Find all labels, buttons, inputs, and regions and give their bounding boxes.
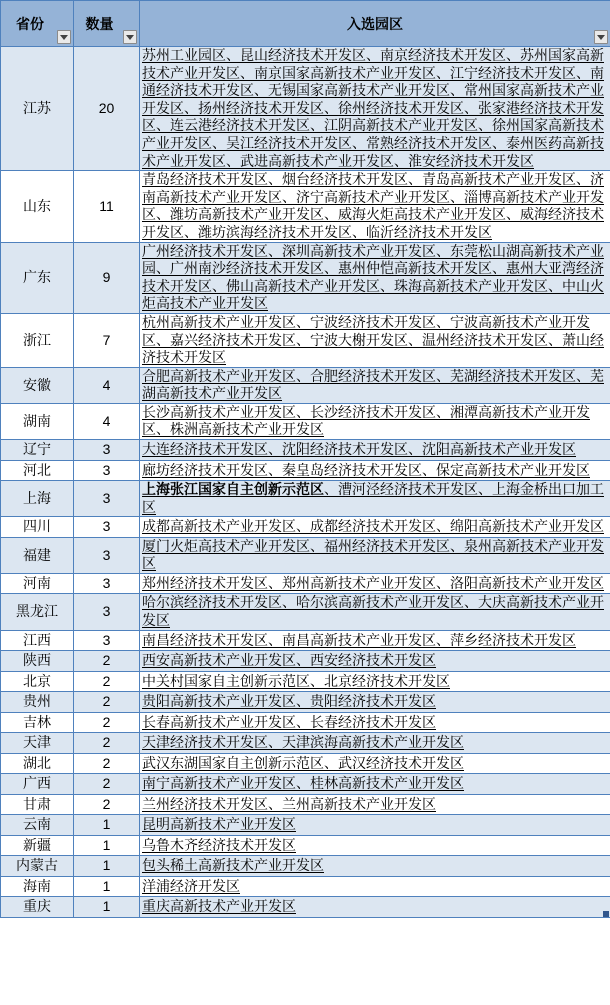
province-cell[interactable]: 天津 bbox=[1, 733, 74, 754]
parks-cell[interactable]: 中关村国家自主创新示范区、北京经济技术开发区 bbox=[140, 671, 610, 692]
parks-cell[interactable]: 成都高新技术产业开发区、成都经济技术开发区、绵阳高新技术产业开发区 bbox=[140, 517, 610, 538]
province-cell[interactable]: 江苏 bbox=[1, 47, 74, 171]
province-cell[interactable]: 山东 bbox=[1, 171, 74, 242]
parks-cell[interactable]: 天津经济技术开发区、天津滨海高新技术产业开发区 bbox=[140, 733, 610, 754]
table-row: 湖南4长沙高新技术产业开发区、长沙经济技术开发区、湘潭高新技术产业开发区、株洲高… bbox=[1, 403, 610, 439]
count-cell[interactable]: 1 bbox=[74, 876, 140, 897]
header-label-count: 数量 bbox=[86, 16, 114, 32]
header-cell-parks[interactable]: 入选园区 bbox=[140, 1, 610, 47]
header-cell-province[interactable]: 省份 bbox=[1, 1, 74, 47]
table-row: 北京2中关村国家自主创新示范区、北京经济技术开发区 bbox=[1, 671, 610, 692]
table-row: 河北3廊坊经济技术开发区、秦皇岛经济技术开发区、保定高新技术产业开发区 bbox=[1, 460, 610, 481]
table-row: 云南1昆明高新技术产业开发区 bbox=[1, 815, 610, 836]
parks-cell[interactable]: 大连经济技术开发区、沈阳经济技术开发区、沈阳高新技术产业开发区 bbox=[140, 440, 610, 461]
count-cell[interactable]: 2 bbox=[74, 692, 140, 713]
parks-cell[interactable]: 乌鲁木齐经济技术开发区 bbox=[140, 835, 610, 856]
parks-cell[interactable]: 青岛经济技术开发区、烟台经济技术开发区、青岛高新技术产业开发区、济南高新技术产业… bbox=[140, 171, 610, 242]
filter-dropdown-icon bbox=[126, 35, 134, 40]
table-row: 浙江7杭州高新技术产业开发区、宁波经济技术开发区、宁波高新技术产业开发区、嘉兴经… bbox=[1, 313, 610, 367]
province-cell[interactable]: 重庆 bbox=[1, 897, 74, 918]
count-cell[interactable]: 11 bbox=[74, 171, 140, 242]
table-row: 甘肃2兰州经济技术开发区、兰州高新技术产业开发区 bbox=[1, 794, 610, 815]
parks-cell[interactable]: 哈尔滨经济技术开发区、哈尔滨高新技术产业开发区、大庆高新技术产业开发区 bbox=[140, 594, 610, 630]
parks-cell[interactable]: 广州经济技术开发区、深圳高新技术产业开发区、东莞松山湖高新技术产业园、广州南沙经… bbox=[140, 242, 610, 313]
parks-cell[interactable]: 长沙高新技术产业开发区、长沙经济技术开发区、湘潭高新技术产业开发区、株洲高新技术… bbox=[140, 403, 610, 439]
header-cell-count[interactable]: 数量 bbox=[74, 1, 140, 47]
count-cell[interactable]: 2 bbox=[74, 671, 140, 692]
table-row: 内蒙古1包头稀土高新技术产业开发区 bbox=[1, 856, 610, 877]
count-cell[interactable]: 3 bbox=[74, 573, 140, 594]
count-cell[interactable]: 2 bbox=[74, 794, 140, 815]
province-cell[interactable]: 辽宁 bbox=[1, 440, 74, 461]
count-cell[interactable]: 4 bbox=[74, 367, 140, 403]
filter-button-province[interactable] bbox=[57, 30, 71, 44]
province-cell[interactable]: 北京 bbox=[1, 671, 74, 692]
parks-cell[interactable]: 贵阳高新技术产业开发区、贵阳经济技术开发区 bbox=[140, 692, 610, 713]
count-cell[interactable]: 2 bbox=[74, 733, 140, 754]
filter-dropdown-icon bbox=[597, 35, 605, 40]
province-cell[interactable]: 贵州 bbox=[1, 692, 74, 713]
table-row: 广西2南宁高新技术产业开发区、桂林高新技术产业开发区 bbox=[1, 774, 610, 795]
table-row: 山东11青岛经济技术开发区、烟台经济技术开发区、青岛高新技术产业开发区、济南高新… bbox=[1, 171, 610, 242]
parks-cell[interactable]: 廊坊经济技术开发区、秦皇岛经济技术开发区、保定高新技术产业开发区 bbox=[140, 460, 610, 481]
table-row: 江西3南昌经济技术开发区、南昌高新技术产业开发区、萍乡经济技术开发区 bbox=[1, 630, 610, 651]
province-cell[interactable]: 上海 bbox=[1, 481, 74, 517]
count-cell[interactable]: 2 bbox=[74, 712, 140, 733]
parks-cell[interactable]: 包头稀土高新技术产业开发区 bbox=[140, 856, 610, 877]
count-cell[interactable]: 2 bbox=[74, 774, 140, 795]
table-row: 湖北2武汉东湖国家自主创新示范区、武汉经济技术开发区 bbox=[1, 753, 610, 774]
province-cell[interactable]: 安徽 bbox=[1, 367, 74, 403]
table-row: 天津2天津经济技术开发区、天津滨海高新技术产业开发区 bbox=[1, 733, 610, 754]
province-cell[interactable]: 福建 bbox=[1, 537, 74, 573]
parks-cell[interactable]: 厦门火炬高技术产业开发区、福州经济技术开发区、泉州高新技术产业开发区 bbox=[140, 537, 610, 573]
parks-cell[interactable]: 苏州工业园区、昆山经济技术开发区、南京经济技术开发区、苏州国家高新技术产业开发区… bbox=[140, 47, 610, 171]
province-cell[interactable]: 云南 bbox=[1, 815, 74, 836]
header-row: 省份 数量 入选园区 bbox=[1, 1, 610, 47]
table-row: 吉林2长春高新技术产业开发区、长春经济技术开发区 bbox=[1, 712, 610, 733]
province-cell[interactable]: 甘肃 bbox=[1, 794, 74, 815]
count-cell[interactable]: 1 bbox=[74, 815, 140, 836]
table-row: 海南1洋浦经济开发区 bbox=[1, 876, 610, 897]
count-cell[interactable]: 1 bbox=[74, 835, 140, 856]
header-label-province: 省份 bbox=[16, 16, 44, 32]
filter-button-parks[interactable] bbox=[594, 30, 608, 44]
table-row: 福建3厦门火炬高技术产业开发区、福州经济技术开发区、泉州高新技术产业开发区 bbox=[1, 537, 610, 573]
parks-cell[interactable]: 杭州高新技术产业开发区、宁波经济技术开发区、宁波高新技术产业开发区、嘉兴经济技术… bbox=[140, 313, 610, 367]
count-cell[interactable]: 9 bbox=[74, 242, 140, 313]
province-cell[interactable]: 广东 bbox=[1, 242, 74, 313]
table-row: 重庆1重庆高新技术产业开发区 bbox=[1, 897, 610, 918]
count-cell[interactable]: 3 bbox=[74, 440, 140, 461]
table-row: 上海3上海张江国家自主创新示范区、漕河泾经济技术开发区、上海金桥出口加工区 bbox=[1, 481, 610, 517]
table-row: 陕西2西安高新技术产业开发区、西安经济技术开发区 bbox=[1, 651, 610, 672]
table-row: 安徽4合肥高新技术产业开发区、合肥经济技术开发区、芜湖经济技术开发区、芜湖高新技… bbox=[1, 367, 610, 403]
table-row: 辽宁3大连经济技术开发区、沈阳经济技术开发区、沈阳高新技术产业开发区 bbox=[1, 440, 610, 461]
parks-cell[interactable]: 南宁高新技术产业开发区、桂林高新技术产业开发区 bbox=[140, 774, 610, 795]
count-cell[interactable]: 3 bbox=[74, 481, 140, 517]
parks-cell[interactable]: 洋浦经济开发区 bbox=[140, 876, 610, 897]
park-table: 省份 数量 入选园区 江苏20苏州工业园区、昆山经济技术开发区、南京经济技术开发… bbox=[0, 0, 610, 918]
parks-cell[interactable]: 武汉东湖国家自主创新示范区、武汉经济技术开发区 bbox=[140, 753, 610, 774]
table-row: 河南3郑州经济技术开发区、郑州高新技术产业开发区、洛阳高新技术产业开发区 bbox=[1, 573, 610, 594]
parks-cell[interactable]: 南昌经济技术开发区、南昌高新技术产业开发区、萍乡经济技术开发区 bbox=[140, 630, 610, 651]
count-cell[interactable]: 7 bbox=[74, 313, 140, 367]
table-row: 四川3成都高新技术产业开发区、成都经济技术开发区、绵阳高新技术产业开发区 bbox=[1, 517, 610, 538]
count-cell[interactable]: 1 bbox=[74, 856, 140, 877]
count-cell[interactable]: 3 bbox=[74, 517, 140, 538]
province-cell[interactable]: 新疆 bbox=[1, 835, 74, 856]
province-cell[interactable]: 湖南 bbox=[1, 403, 74, 439]
table-row: 新疆1乌鲁木齐经济技术开发区 bbox=[1, 835, 610, 856]
table-row: 江苏20苏州工业园区、昆山经济技术开发区、南京经济技术开发区、苏州国家高新技术产… bbox=[1, 47, 610, 171]
count-cell[interactable]: 3 bbox=[74, 460, 140, 481]
count-cell[interactable]: 1 bbox=[74, 897, 140, 918]
count-cell[interactable]: 3 bbox=[74, 594, 140, 630]
province-cell[interactable]: 浙江 bbox=[1, 313, 74, 367]
count-cell[interactable]: 3 bbox=[74, 537, 140, 573]
province-cell[interactable]: 陕西 bbox=[1, 651, 74, 672]
province-cell[interactable]: 海南 bbox=[1, 876, 74, 897]
province-cell[interactable]: 湖北 bbox=[1, 753, 74, 774]
count-cell[interactable]: 2 bbox=[74, 753, 140, 774]
count-cell[interactable]: 3 bbox=[74, 630, 140, 651]
province-cell[interactable]: 河北 bbox=[1, 460, 74, 481]
parks-cell[interactable]: 郑州经济技术开发区、郑州高新技术产业开发区、洛阳高新技术产业开发区 bbox=[140, 573, 610, 594]
header-label-parks: 入选园区 bbox=[347, 16, 403, 32]
count-cell[interactable]: 4 bbox=[74, 403, 140, 439]
spreadsheet-table-region: 省份 数量 入选园区 江苏20苏州工业园区、昆山经济技术开发区、南京经济技术开发… bbox=[0, 0, 610, 918]
filter-dropdown-icon bbox=[60, 35, 68, 40]
parks-cell[interactable]: 昆明高新技术产业开发区 bbox=[140, 815, 610, 836]
table-row: 黑龙江3哈尔滨经济技术开发区、哈尔滨高新技术产业开发区、大庆高新技术产业开发区 bbox=[1, 594, 610, 630]
province-cell[interactable]: 四川 bbox=[1, 517, 74, 538]
filter-button-count[interactable] bbox=[123, 30, 137, 44]
province-cell[interactable]: 内蒙古 bbox=[1, 856, 74, 877]
count-cell[interactable]: 20 bbox=[74, 47, 140, 171]
parks-cell[interactable]: 上海张江国家自主创新示范区、漕河泾经济技术开发区、上海金桥出口加工区 bbox=[140, 481, 610, 517]
province-cell[interactable]: 江西 bbox=[1, 630, 74, 651]
province-cell[interactable]: 黑龙江 bbox=[1, 594, 74, 630]
table-body: 江苏20苏州工业园区、昆山经济技术开发区、南京经济技术开发区、苏州国家高新技术产… bbox=[1, 47, 610, 918]
parks-cell[interactable]: 长春高新技术产业开发区、长春经济技术开发区 bbox=[140, 712, 610, 733]
province-cell[interactable]: 吉林 bbox=[1, 712, 74, 733]
table-row: 贵州2贵阳高新技术产业开发区、贵阳经济技术开发区 bbox=[1, 692, 610, 713]
parks-cell[interactable]: 兰州经济技术开发区、兰州高新技术产业开发区 bbox=[140, 794, 610, 815]
province-cell[interactable]: 广西 bbox=[1, 774, 74, 795]
province-cell[interactable]: 河南 bbox=[1, 573, 74, 594]
parks-cell[interactable]: 合肥高新技术产业开发区、合肥经济技术开发区、芜湖经济技术开发区、芜湖高新技术产业… bbox=[140, 367, 610, 403]
parks-cell[interactable]: 西安高新技术产业开发区、西安经济技术开发区 bbox=[140, 651, 610, 672]
table-resize-handle[interactable] bbox=[603, 911, 609, 917]
parks-cell[interactable]: 重庆高新技术产业开发区 bbox=[140, 897, 610, 918]
parks-bold-text: 上海张江国家自主创新示范区 bbox=[142, 481, 324, 497]
count-cell[interactable]: 2 bbox=[74, 651, 140, 672]
table-row: 广东9广州经济技术开发区、深圳高新技术产业开发区、东莞松山湖高新技术产业园、广州… bbox=[1, 242, 610, 313]
